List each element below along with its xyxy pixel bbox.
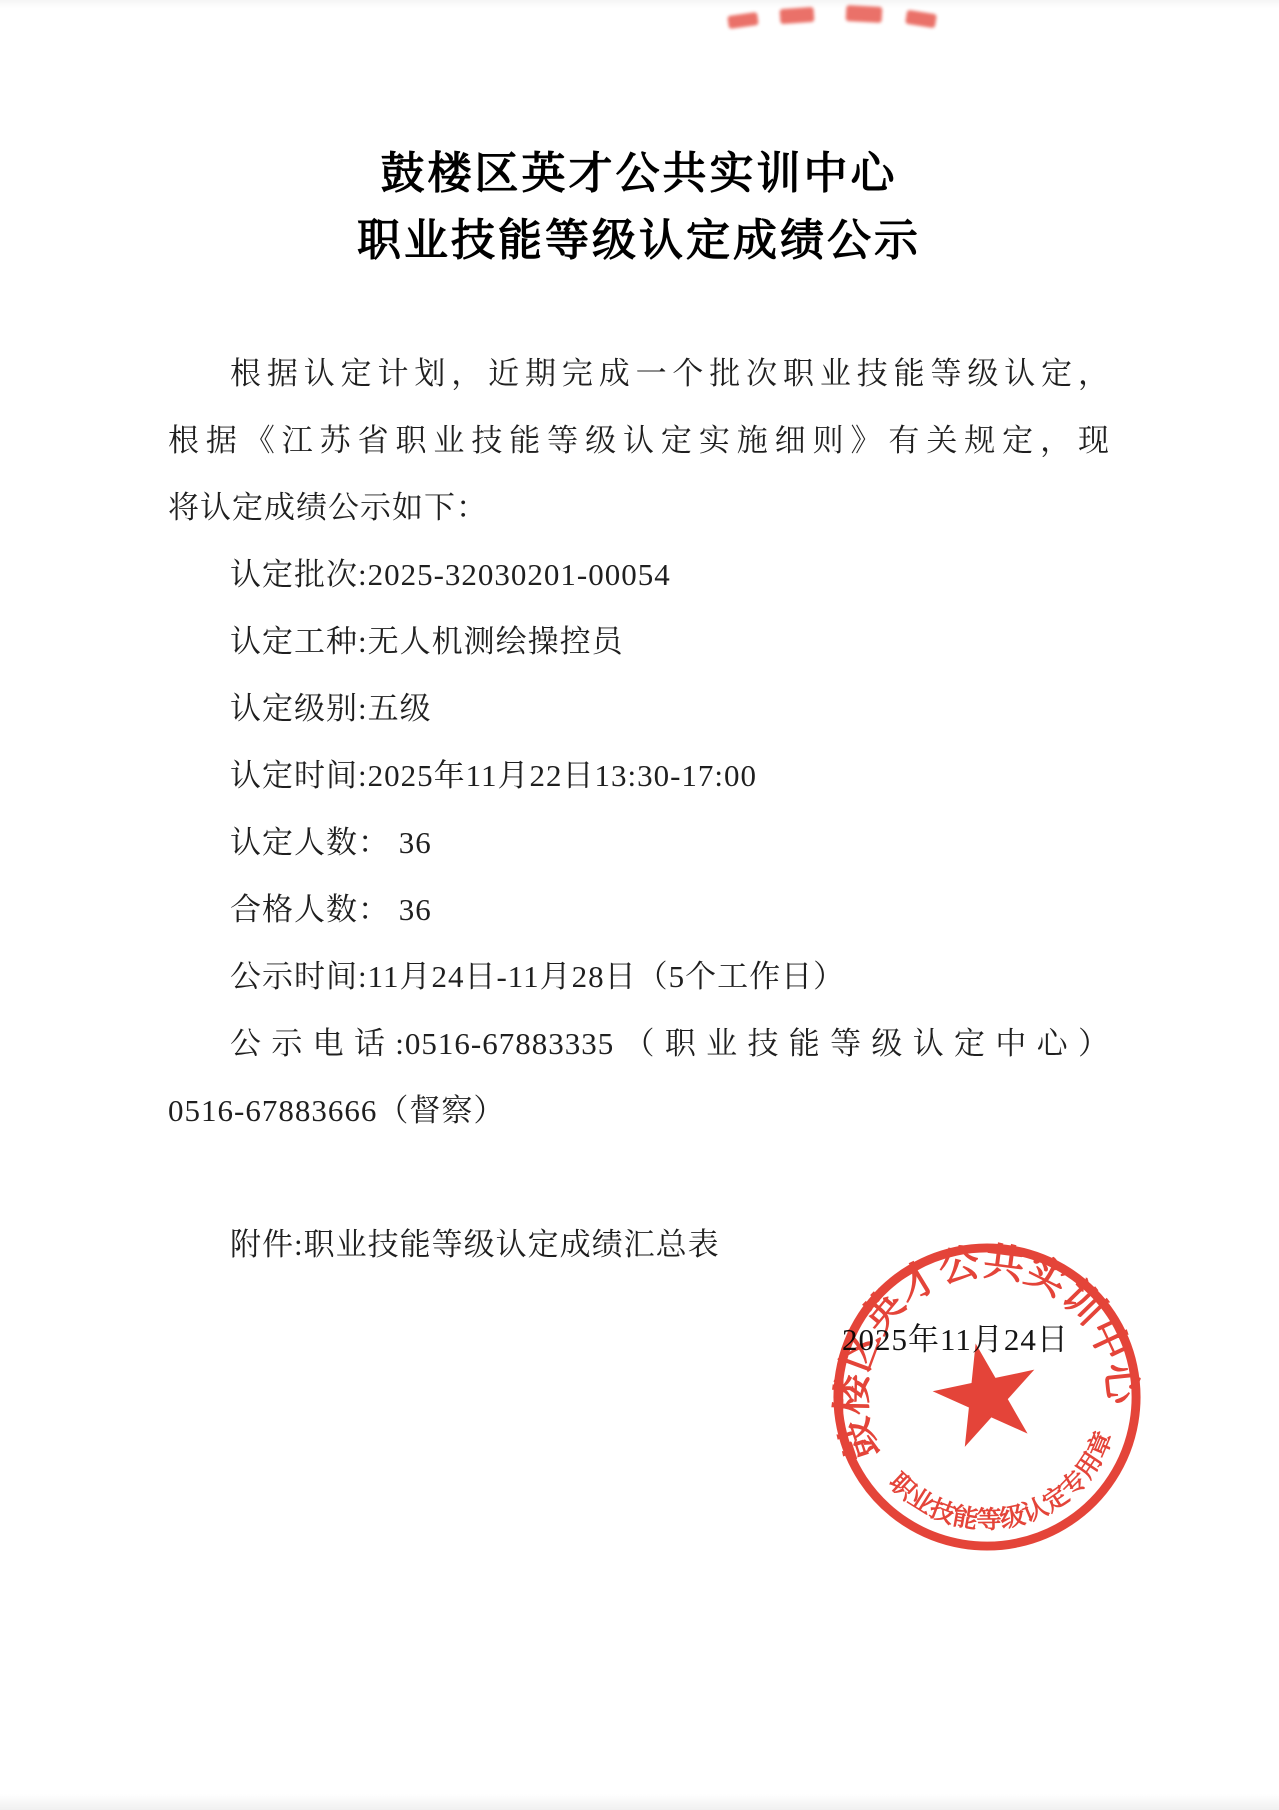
detail-level: 认定级别:五级 (168, 675, 1110, 742)
seal-star-icon (925, 1333, 1047, 1451)
detail-passed: 合格人数： 36 (168, 876, 1110, 943)
seal-bottom-text: 职业技能等级认定专用章 (880, 1422, 1133, 1556)
intro-line-2: 根据《江苏省职业技能等级认定实施细则》有关规定，现 (168, 407, 1110, 474)
intro-line-3: 将认定成绩公示如下： (168, 474, 1110, 541)
doc-title-line2: 职业技能等级认定成绩公示 (168, 207, 1110, 274)
svg-text:职业技能等级认定专用章: 职业技能等级认定专用章 (880, 1422, 1133, 1556)
detail-time: 认定时间:2025年11月22日13:30-17:00 (168, 742, 1110, 809)
publicity-period: 公示时间:11月24日-11月28日（5个工作日） (168, 943, 1110, 1010)
detail-batch: 认定批次:2025-32030201-00054 (168, 541, 1110, 608)
doc-title-line1: 鼓楼区英才公共实训中心 (168, 140, 1110, 207)
blank-line (168, 1144, 1110, 1211)
publicity-phone-2: 0516-67883666（督察） (168, 1077, 1110, 1144)
detail-candidates: 认定人数： 36 (168, 809, 1110, 876)
document-body: 鼓楼区英才公共实训中心 职业技能等级认定成绩公示 根据认定计划，近期完成一个批次… (168, 140, 1110, 1278)
publicity-phone-1: 公示电话:0516-67883335（职业技能等级认定中心） (168, 1010, 1110, 1077)
official-seal: 鼓楼区英才公共实训中心 职业技能等级认定专用章 (828, 1238, 1146, 1556)
document-page: 鼓楼区英才公共实训中心 职业技能等级认定成绩公示 根据认定计划，近期完成一个批次… (0, 0, 1279, 1810)
detail-occupation: 认定工种:无人机测绘操控员 (168, 608, 1110, 675)
intro-line-1: 根据认定计划，近期完成一个批次职业技能等级认定， (168, 340, 1110, 407)
title-body-gap (168, 274, 1110, 340)
top-stamp-remnant (728, 4, 948, 30)
